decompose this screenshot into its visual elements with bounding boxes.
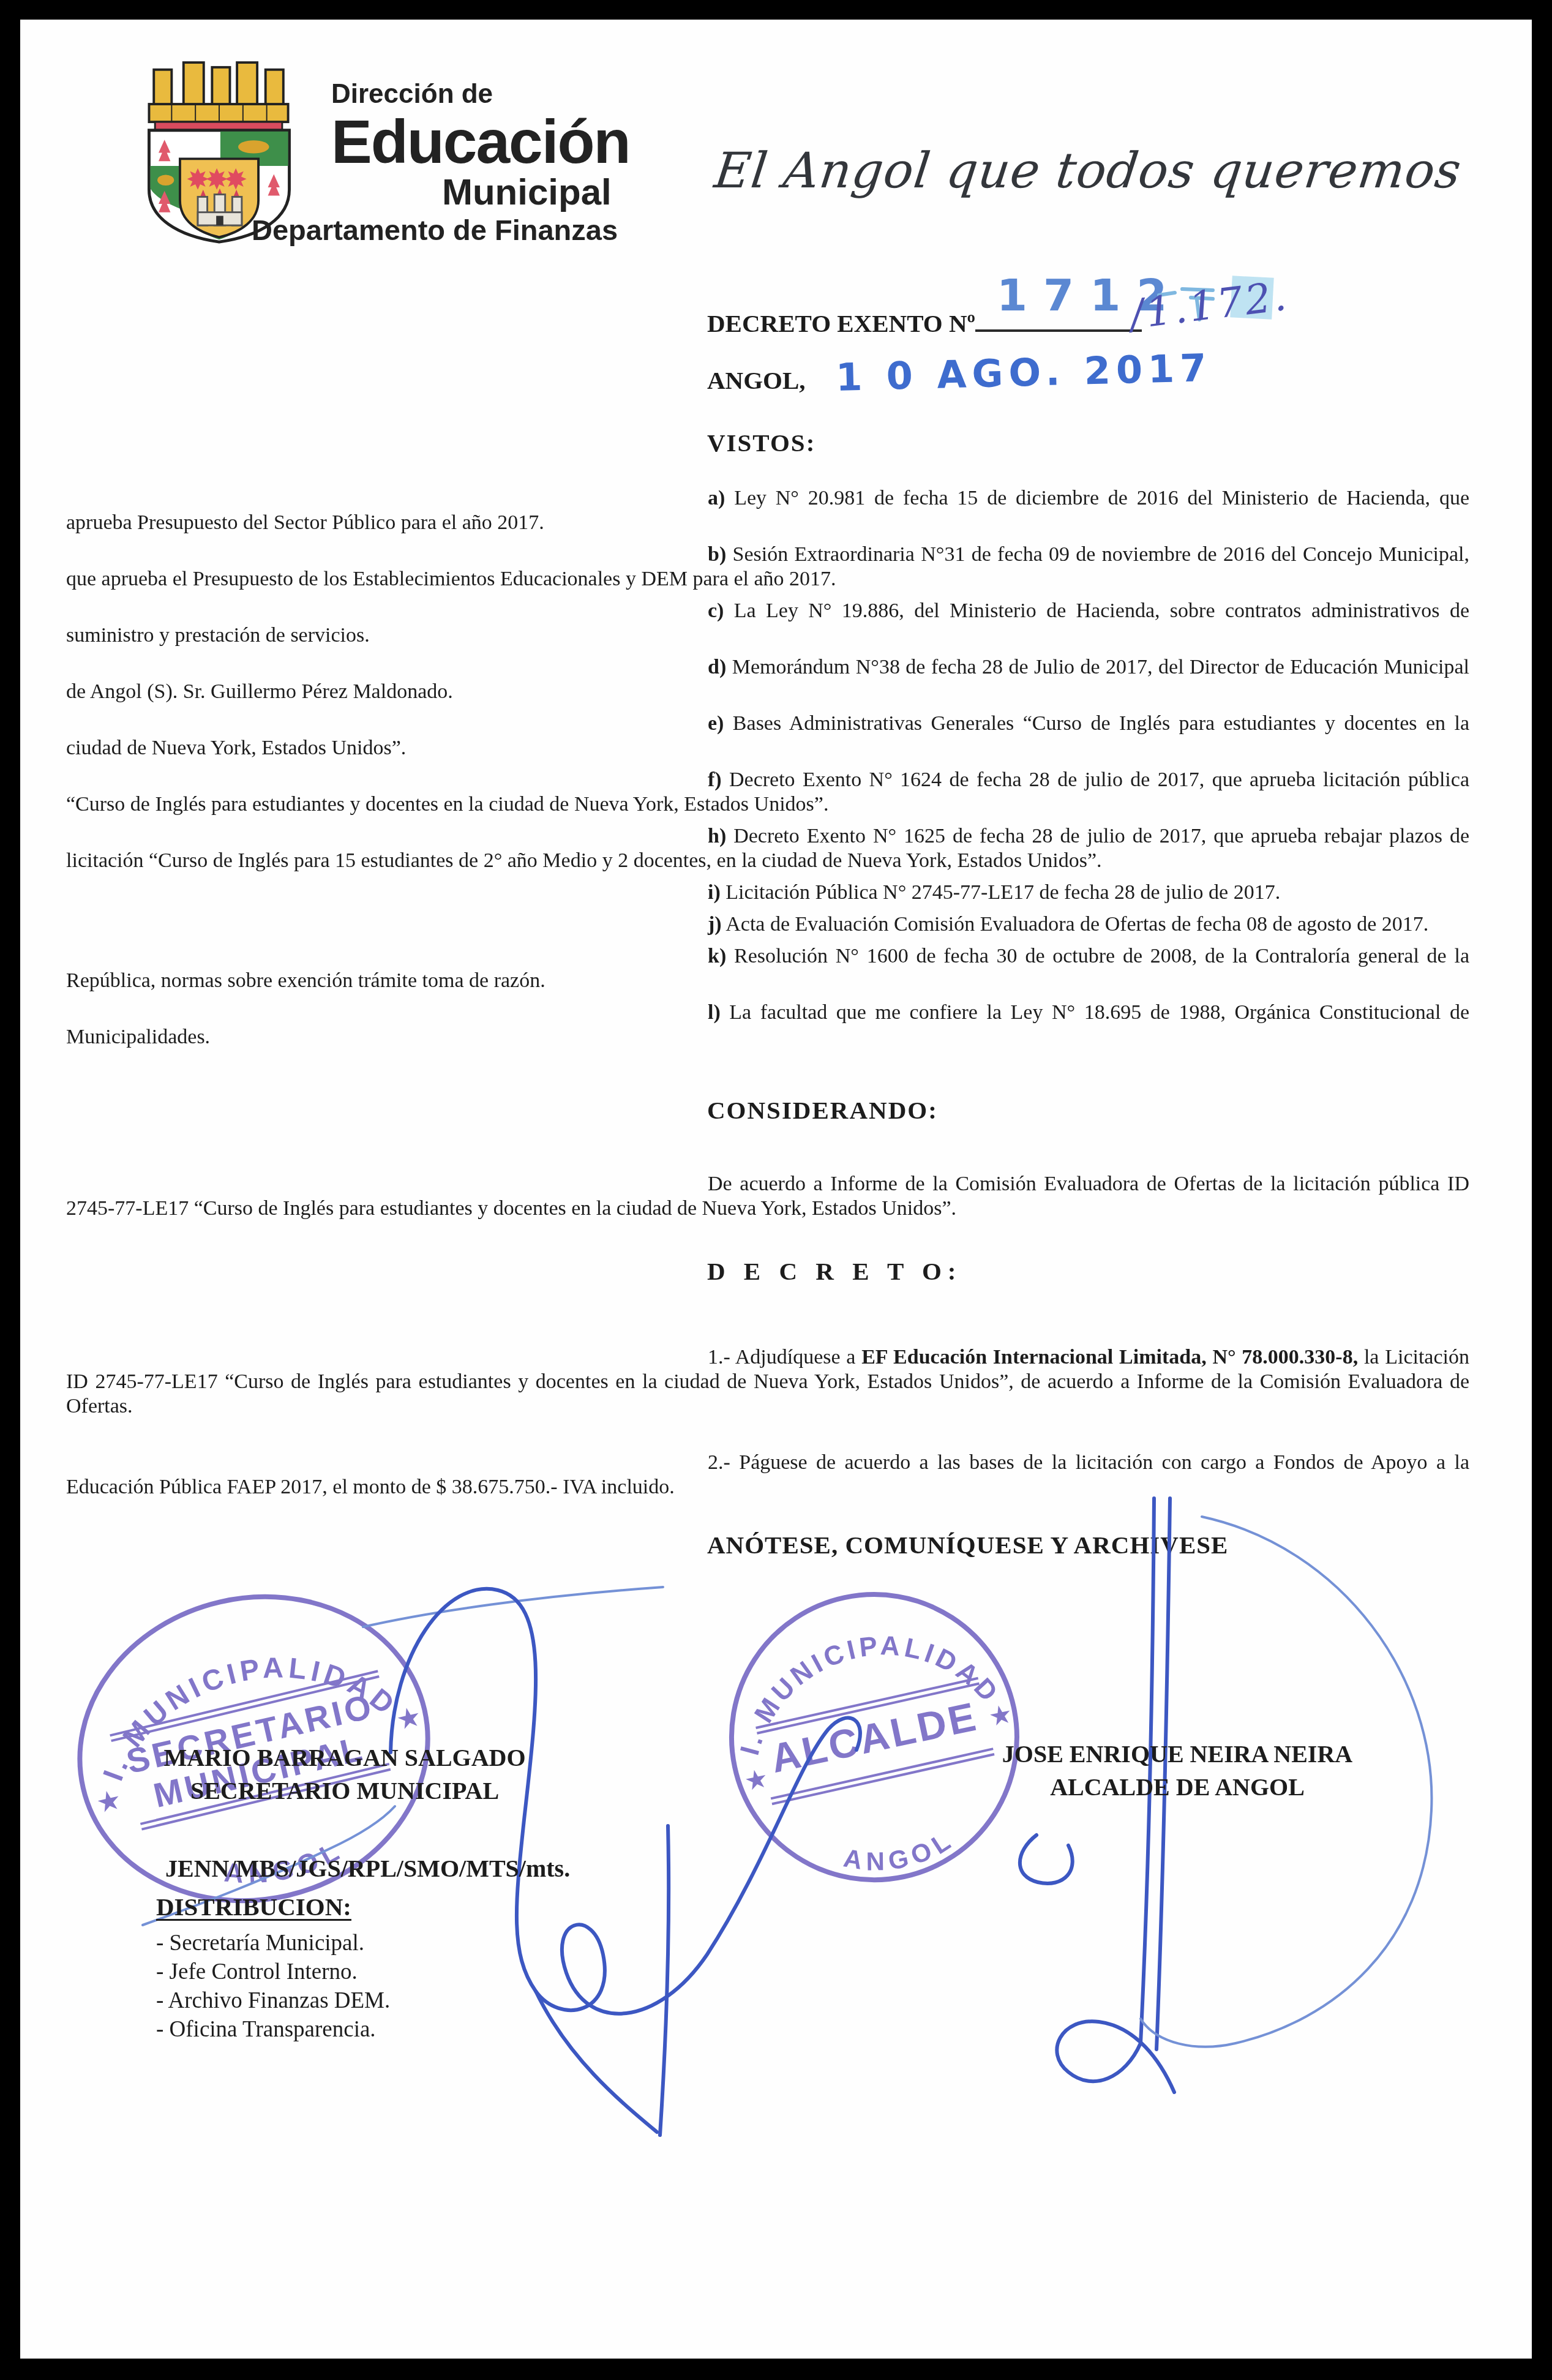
vistos-item-label: f) xyxy=(708,768,722,791)
vistos-item-label: l) xyxy=(708,1001,721,1024)
vistos-heading: VISTOS: xyxy=(707,428,815,457)
considerando-section: De acuerdo a Informe de la Comisión Eval… xyxy=(66,1172,1469,1228)
vistos-item-text: Decreto Exento N° 1625 de fecha 28 de ju… xyxy=(66,825,1469,872)
logo-line-direccion: Dirección de xyxy=(331,81,630,108)
castle-icon xyxy=(198,189,242,225)
considerando-paragraph: De acuerdo a Informe de la Comisión Eval… xyxy=(66,1172,1469,1221)
signatory-name: MARIO BARRAGAN SALGADO xyxy=(112,1741,577,1774)
left-signatory-block: MARIO BARRAGAN SALGADO SECRETARIO MUNICI… xyxy=(112,1741,577,1808)
distribution-heading: DISTRIBUCION: xyxy=(156,1892,351,1921)
vistos-item-e: e) Bases Administrativas Generales “Curs… xyxy=(66,711,1469,760)
signatory-title: SECRETARIO MUNICIPAL xyxy=(112,1774,577,1808)
decree-number-underline xyxy=(975,309,1142,332)
vistos-item-text: La facultad que me confiere la Ley N° 18… xyxy=(66,1001,1469,1048)
signatory-title: ALCALDE DE ANGOL xyxy=(975,1771,1379,1804)
right-signatory-block: JOSE ENRIQUE NEIRA NEIRA ALCALDE DE ANGO… xyxy=(975,1738,1379,1804)
municipality-logo: Dirección de Educación Municipal Departa… xyxy=(118,44,700,252)
logo-line-educacion: Educación xyxy=(331,111,630,173)
vistos-item-a: a) Ley N° 20.981 de fecha 15 de diciembr… xyxy=(66,486,1469,535)
decree-number-line: DECRETO EXENTO Nº xyxy=(707,309,1142,338)
vistos-item-label: i) xyxy=(708,881,721,904)
vistos-item-text: Decreto Exento N° 1624 de fecha 28 de ju… xyxy=(66,768,1469,816)
vistos-item-j: j) Acta de Evaluación Comisión Evaluador… xyxy=(66,912,1469,937)
initials-line: JENN/MBS/JGS/RPL/SMO/MTS/mts. xyxy=(165,1854,570,1883)
vistos-item-l: l) La facultad que me confiere la Ley N°… xyxy=(66,1000,1469,1049)
decree-number-label: DECRETO EXENTO Nº xyxy=(707,309,975,337)
distribution-item: - Jefe Control Interno. xyxy=(156,1958,390,1986)
city-date-label: ANGOL, xyxy=(707,366,806,395)
vistos-item-k: k) Resolución N° 1600 de fecha 30 de oct… xyxy=(66,944,1469,993)
logo-line-municipal: Municipal xyxy=(331,174,630,211)
vistos-item-b: b) Sesión Extraordinaria N°31 de fecha 0… xyxy=(66,542,1469,591)
distribution-item: - Secretaría Municipal. xyxy=(156,1929,390,1958)
vistos-item-text: Memorándum N°38 de fecha 28 de Julio de … xyxy=(66,656,1469,703)
vistos-item-label: k) xyxy=(708,945,726,967)
decreto-item-text: 1.- Adjudíquese a xyxy=(708,1346,861,1368)
vistos-item-label: c) xyxy=(708,599,724,622)
decreto-heading: D E C R E T O: xyxy=(707,1256,962,1286)
vistos-item-d: d) Memorándum N°38 de fecha 28 de Julio … xyxy=(66,655,1469,704)
vistos-item-label: e) xyxy=(708,712,724,735)
vistos-item-label: a) xyxy=(708,487,725,509)
decreto-item-bold-text: EF Educación Internacional Limitada, N° … xyxy=(861,1346,1358,1368)
vistos-item-text: Ley N° 20.981 de fecha 15 de diciembre d… xyxy=(66,487,1469,534)
city-slogan: El Angol que todos queremos xyxy=(711,142,1483,199)
vistos-item-c: c) La Ley N° 19.886, del Ministerio de H… xyxy=(66,599,1469,648)
vistos-item-text: Sesión Extraordinaria N°31 de fecha 09 d… xyxy=(66,543,1469,590)
decreto-item-1: 1.- Adjudíquese a EF Educación Internaci… xyxy=(66,1345,1469,1419)
crown-icon xyxy=(149,62,288,130)
distribution-item: - Oficina Transparencia. xyxy=(156,2015,390,2044)
vistos-item-label: h) xyxy=(708,825,726,847)
vistos-item-label: b) xyxy=(708,543,726,566)
date-stamp: 1 0 AGO. 2017 xyxy=(835,345,1212,400)
distribution-item: - Archivo Finanzas DEM. xyxy=(156,1986,390,2015)
distribution-list: - Secretaría Municipal. - Jefe Control I… xyxy=(156,1929,390,2044)
vistos-item-f: f) Decreto Exento N° 1624 de fecha 28 de… xyxy=(66,768,1469,817)
vistos-section: a) Ley N° 20.981 de fecha 15 de diciembr… xyxy=(66,486,1469,1057)
signatory-name: JOSE ENRIQUE NEIRA NEIRA xyxy=(975,1738,1379,1771)
vistos-item-text: La Ley N° 19.886, del Ministerio de Haci… xyxy=(66,599,1469,647)
vistos-item-text: Resolución N° 1600 de fecha 30 de octubr… xyxy=(66,945,1469,992)
vistos-item-i: i) Licitación Pública N° 2745-77-LE17 de… xyxy=(66,880,1469,905)
vistos-item-label: d) xyxy=(708,656,726,678)
scanned-decree-page: Dirección de Educación Municipal Departa… xyxy=(20,20,1532,2359)
logo-line-departamento: Departamento de Finanzas xyxy=(252,216,630,244)
vistos-item-text: Licitación Pública N° 2745-77-LE17 de fe… xyxy=(721,881,1280,904)
vistos-item-text: Acta de Evaluación Comisión Evaluadora d… xyxy=(722,913,1429,936)
considerando-heading: CONSIDERANDO: xyxy=(707,1095,938,1125)
vistos-item-text: Bases Administrativas Generales “Curso d… xyxy=(66,712,1469,759)
vistos-item-label: j) xyxy=(708,913,722,936)
vistos-item-h: h) Decreto Exento N° 1625 de fecha 28 de… xyxy=(66,824,1469,873)
